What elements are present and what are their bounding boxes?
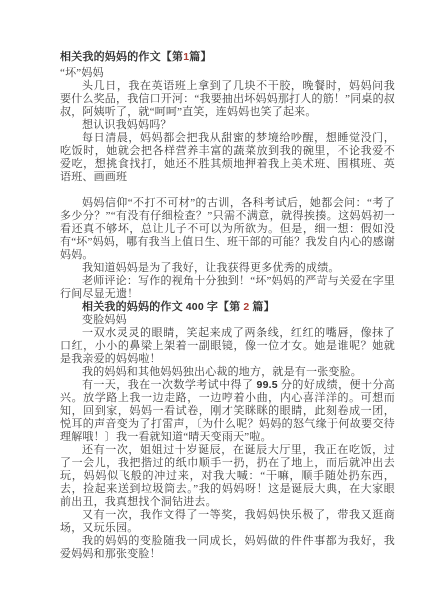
essay1-para-4: 妈妈信仰“不打不可材”的古训，各科考试后，她都会问：“考了多少分？”“有没有仔细… xyxy=(60,197,395,262)
essay2-para-5: 又有一次，我作文得了一等奖，我妈妈快乐极了，带我又逛商场，又玩乐园。 xyxy=(60,509,395,535)
essay2-para-4: 还有一次，姐姐过十岁诞辰，在诞辰大厅里，我正在吃饭，过了一会儿，我把揩过的纸巾顺… xyxy=(60,444,395,509)
essay1-para-1: 头几日，我在英语班上拿到了几块不干胶，晚餐时，妈妈问我要什么奖品，我信口开河：“… xyxy=(60,80,395,119)
text-segment: 有一天，我在一次数学考试中得了 xyxy=(82,379,257,391)
text-segment: 想认识我妈妈吗？ xyxy=(82,119,172,131)
essay1-title: 相关我的妈妈的作文【第1篇】 xyxy=(60,51,395,64)
essay2-title: 相关我的妈妈的作文 400 字【第 2 篇】 xyxy=(60,301,395,314)
text-segment: 我知道妈妈是为了我好，让我获得更多优秀的成绩。 xyxy=(82,262,340,274)
essay1-para-2: 想认识我妈妈吗？ xyxy=(60,119,395,132)
number-highlight: 400 xyxy=(186,301,204,313)
essay2-para-6: 我的妈妈的变脸随我一同成长，妈妈做的件件事都为我好，我爱妈妈和那张变脸！ xyxy=(60,535,395,561)
text-segment: 字【第 xyxy=(204,301,244,313)
text-segment: 篇】 xyxy=(189,51,211,63)
text-segment: “坏”妈妈 xyxy=(60,67,104,79)
essay2-para-3: 有一天，我在一次数学考试中得了 99.5 分的好成绩，便十分高兴。放学路上我一边… xyxy=(60,379,395,444)
text-segment: 我的妈妈的变脸随我一同成长，妈妈做的件件事都为我好，我爱妈妈和那张变脸！ xyxy=(60,535,395,560)
text-segment: 老师评论：写作的视角十分独到！“坏”妈妈的严苛与关爱在字里行间尽显无遗！ xyxy=(60,275,395,300)
document-page: 相关我的妈妈的作文【第1篇】“坏”妈妈头几日，我在英语班上拿到了几块不干胶，晚餐… xyxy=(0,0,423,600)
text-segment: 妈妈信仰“不打不可材”的古训，各科考试后，她都会问：“考了多少分？”“有没有仔细… xyxy=(60,197,395,261)
number-highlight: 99.5 xyxy=(257,379,278,391)
text-segment: 相关我的妈妈的作文【第 xyxy=(60,51,183,63)
text-segment: 还有一次，姐姐过十岁诞辰，在诞辰大厅里，我正在吃饭，过了一会儿，我把揩过的纸巾顺… xyxy=(60,444,395,508)
essay2-para-1: 一双水灵灵的眼睛，笑起来成了两条线，红红的嘴唇，像抹了口红，小小的鼻梁上架着一副… xyxy=(60,327,395,366)
essay1-para-5: 我知道妈妈是为了我好，让我获得更多优秀的成绩。 xyxy=(60,262,395,275)
text-segment: 变脸妈妈 xyxy=(82,314,127,326)
text-segment: 头几日，我在英语班上拿到了几块不干胶，晚餐时，妈妈问我要什么奖品，我信口开河：“… xyxy=(60,80,395,118)
essay2-subtitle: 变脸妈妈 xyxy=(60,314,395,327)
text-segment: 我的妈妈和其他妈妈独出心裁的地方，就是有一张变脸。 xyxy=(82,366,362,378)
essay1-teacher-comment: 老师评论：写作的视角十分独到！“坏”妈妈的严苛与关爱在字里行间尽显无遗！ xyxy=(60,275,395,301)
text-segment: 又有一次，我作文得了一等奖，我妈妈快乐极了，带我又逛商场，又玩乐园。 xyxy=(60,509,395,534)
text-segment: 篇】 xyxy=(249,301,274,313)
essay2-para-2: 我的妈妈和其他妈妈独出心裁的地方，就是有一张变脸。 xyxy=(60,366,395,379)
essay1-para-3: 每日清晨，妈妈都会把我从甜蜜的梦境给吵醒，想睡觉没门，吃饭时，她就会把各样营养丰… xyxy=(60,132,395,184)
text-segment: 一双水灵灵的眼睛，笑起来成了两条线，红红的嘴唇，像抹了口红，小小的鼻梁上架着一副… xyxy=(60,327,395,365)
essay-content: 相关我的妈妈的作文【第1篇】“坏”妈妈头几日，我在英语班上拿到了几块不干胶，晚餐… xyxy=(60,51,395,561)
text-segment: 每日清晨，妈妈都会把我从甜蜜的梦境给吵醒，想睡觉没门，吃饭时，她就会把各样营养丰… xyxy=(60,132,395,183)
essay1-subtitle: “坏”妈妈 xyxy=(60,67,395,80)
text-segment: 相关我的妈妈的作文 xyxy=(82,301,186,313)
